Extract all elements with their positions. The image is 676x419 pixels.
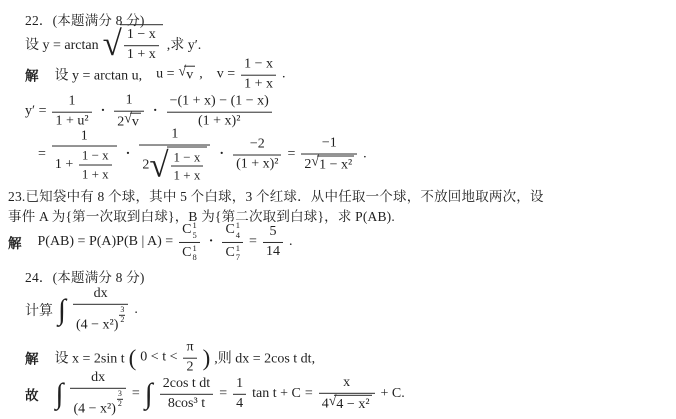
denominator: 14 — [263, 243, 283, 261]
condition-text: 0 < t < — [140, 350, 177, 366]
statement-text: ,求 y′. — [167, 34, 202, 54]
problem-23-statement-line-1: 23.已知袋中有 8 个球，其中 5 个白球，3 个红球．从中任取一个球，不放回… — [8, 185, 544, 205]
setup-text: 设 y = arctan u, — [55, 65, 143, 85]
sqrt-radical: √1 − x² — [311, 155, 354, 174]
numerator: −(1 + x) − (1 − x) — [167, 94, 272, 113]
tan-term: tan t + C — [252, 386, 301, 402]
numerator: 2cos t dt — [160, 376, 213, 395]
comb-letter: C — [225, 245, 234, 262]
dot-operator: · — [101, 104, 106, 120]
equals-sign: = — [249, 234, 257, 250]
fraction: −2 (1 + x)² — [233, 137, 281, 174]
solution-label: 解 — [8, 232, 22, 252]
close-paren: ) — [203, 347, 211, 370]
comb-letter: C — [182, 222, 191, 239]
setup-text: u = — [156, 67, 174, 83]
integral-sign: ∫ — [58, 295, 66, 324]
comb-sub: 5 — [193, 231, 197, 241]
dot-operator: · — [219, 147, 224, 163]
open-paren: ( — [129, 347, 137, 370]
denominator: 1 + x — [241, 76, 276, 94]
denominator: 4√4 − x² — [319, 393, 375, 413]
problem-23-solution: 解 P(AB) = P(A)P(B | A) = C15 C18 · C14 C… — [8, 221, 292, 263]
problem-22-solution-setup: 解 设 y = arctan u, u = √ v , v = 1 − x 1 … — [25, 57, 286, 94]
equation-lhs: P(AB) = P(A)P(B | A) = — [38, 234, 174, 250]
combination-C-8-1: C18 — [182, 244, 197, 264]
nested-fraction: 1 − x 1 + x — [79, 148, 112, 182]
fraction: 1 − x 1 + x — [241, 57, 276, 94]
fraction: −1 2√1 − x² — [301, 136, 357, 175]
denominator: 2√1 − x1 + x — [139, 145, 210, 183]
equals-sign: = — [38, 147, 46, 163]
sqrt-body: 1 − x1 + x — [167, 146, 208, 183]
denominator: C17 — [222, 243, 243, 264]
period: . — [289, 234, 293, 250]
denominator: 4 — [233, 394, 246, 412]
setup-text: . — [282, 67, 286, 83]
setup-text: 设 x = 2sin t — [55, 348, 125, 368]
numerator: 1 — [114, 93, 144, 112]
coefficient: 2 — [142, 157, 149, 172]
coefficient: 2 — [304, 157, 311, 172]
numerator: 1 — [139, 127, 210, 146]
setup-text: ,则 dx = 2cos t dt, — [214, 348, 315, 368]
statement-text: 计算 — [25, 300, 53, 320]
problem-24-solution-result: 故 ∫ dx (4 − x²)32 = ∫ 2cos t dt 8cos³ t … — [25, 370, 405, 418]
sqrt-body: v — [184, 66, 195, 84]
sqrt-radical: √4 − x² — [329, 394, 372, 413]
combination-C-7-1: C17 — [225, 244, 240, 264]
equals-sign: = — [305, 386, 313, 402]
numerator: dx — [73, 286, 128, 305]
fraction: 1 1 + u² — [52, 94, 91, 131]
equals-sign: = — [287, 147, 295, 163]
denominator: (1 + x)² — [233, 155, 281, 173]
denominator: C18 — [179, 243, 200, 264]
comb-letter: C — [182, 245, 191, 262]
numerator: −2 — [233, 137, 281, 156]
denominator: 2√1 − x² — [301, 154, 357, 174]
integral-sign: ∫ — [145, 379, 153, 408]
exponent-fraction: 32 — [117, 390, 123, 409]
setup-text: , — [199, 67, 203, 83]
combination-C-5-1: C15 — [182, 221, 197, 241]
solution-label: 解 — [25, 348, 39, 368]
numerator: C14 — [222, 221, 243, 243]
denominator: 1 + 1 − x 1 + x — [52, 147, 117, 182]
numerator: π — [183, 340, 196, 359]
nested-fraction: 1 − x1 + x — [171, 149, 204, 183]
fraction: C14 C17 — [222, 221, 243, 263]
denominator: 8cos³ t — [160, 394, 213, 412]
fraction: dx (4 − x²)32 — [70, 370, 125, 418]
comb-sub: 8 — [193, 253, 197, 263]
equals-sign: = — [219, 386, 227, 402]
document-page: 22．(本题满分 8 分) 设 y = arctan √ 1 − x 1 + x… — [0, 0, 676, 419]
denominator: (4 − x²)32 — [73, 305, 128, 335]
den-text: 1 + — [55, 157, 73, 172]
sqrt-radical: √1 − x1 + x — [149, 146, 207, 183]
exp-denominator: 2 — [119, 315, 125, 324]
fraction: 1 2√1 − x1 + x — [139, 127, 210, 184]
numerator: 1 — [52, 94, 91, 113]
period: . — [134, 302, 138, 318]
fraction: −(1 + x) − (1 − x) (1 + x)² — [167, 94, 272, 131]
integral-sign: ∫ — [56, 379, 64, 408]
therefore-label: 故 — [25, 384, 39, 404]
period: . — [363, 147, 367, 163]
derivative-step-1: y′ = 1 1 + u² · 1 2√v · −(1 + x) − (1 − … — [25, 93, 274, 132]
numerator: −1 — [301, 136, 357, 155]
numerator: 5 — [263, 224, 283, 243]
exponent-fraction: 32 — [119, 306, 125, 325]
numerator: C15 — [179, 221, 200, 243]
problem-24-statement: 计算 ∫ dx (4 − x²)32 . — [25, 286, 138, 334]
denominator: 1 + x — [79, 165, 112, 182]
fraction: dx (4 − x²)32 — [73, 286, 128, 334]
fraction: 1 1 + 1 − x 1 + x — [52, 128, 117, 182]
denominator: 1 + x — [171, 167, 204, 184]
statement-text: 设 y = arctan — [25, 34, 99, 54]
fraction: 1 2√v — [114, 93, 144, 132]
comb-letter: C — [225, 222, 234, 239]
problem-24-header: 24．(本题满分 8 分) — [25, 266, 145, 286]
fraction: C15 C18 — [179, 221, 200, 263]
sqrt-body: 4 − x² — [334, 394, 371, 413]
numerator: 1 − x — [79, 148, 112, 166]
fraction: x 4√4 − x² — [319, 375, 375, 414]
numerator: 1 − x — [124, 27, 159, 46]
setup-text: v = — [217, 67, 235, 83]
dot-operator: · — [209, 234, 214, 250]
numerator: 1 − x — [171, 149, 204, 167]
sqrt-radical: √ v — [179, 66, 196, 84]
equals-sign: = — [132, 386, 140, 402]
comb-sub: 4 — [236, 231, 240, 241]
numerator: x — [319, 375, 375, 394]
combination-C-4-1: C14 — [225, 221, 240, 241]
numerator: 1 — [52, 128, 117, 147]
result-fraction: 5 14 — [263, 224, 283, 261]
den-base: (4 − x²) — [76, 317, 118, 332]
equation-lhs: y′ = — [25, 104, 46, 120]
solution-label: 解 — [25, 65, 39, 85]
denominator: (4 − x²)32 — [70, 389, 125, 419]
den-base: (4 − x²) — [73, 401, 115, 416]
exp-denominator: 2 — [117, 399, 123, 408]
numerator: dx — [70, 370, 125, 389]
derivative-step-2: = 1 1 + 1 − x 1 + x · 1 2√1 − x1 + x · −… — [38, 127, 367, 184]
coefficient: 4 — [322, 396, 329, 411]
sqrt-body: 1 − x² — [317, 155, 354, 174]
comb-sub: 7 — [236, 253, 240, 263]
dot-operator: · — [126, 147, 131, 163]
constant-term: + C. — [381, 386, 405, 402]
dot-operator: · — [153, 104, 158, 120]
numerator: 1 − x — [241, 57, 276, 76]
numerator: 1 — [233, 376, 246, 395]
fraction: 2cos t dt 8cos³ t — [160, 376, 213, 413]
fraction: 1 4 — [233, 376, 246, 413]
